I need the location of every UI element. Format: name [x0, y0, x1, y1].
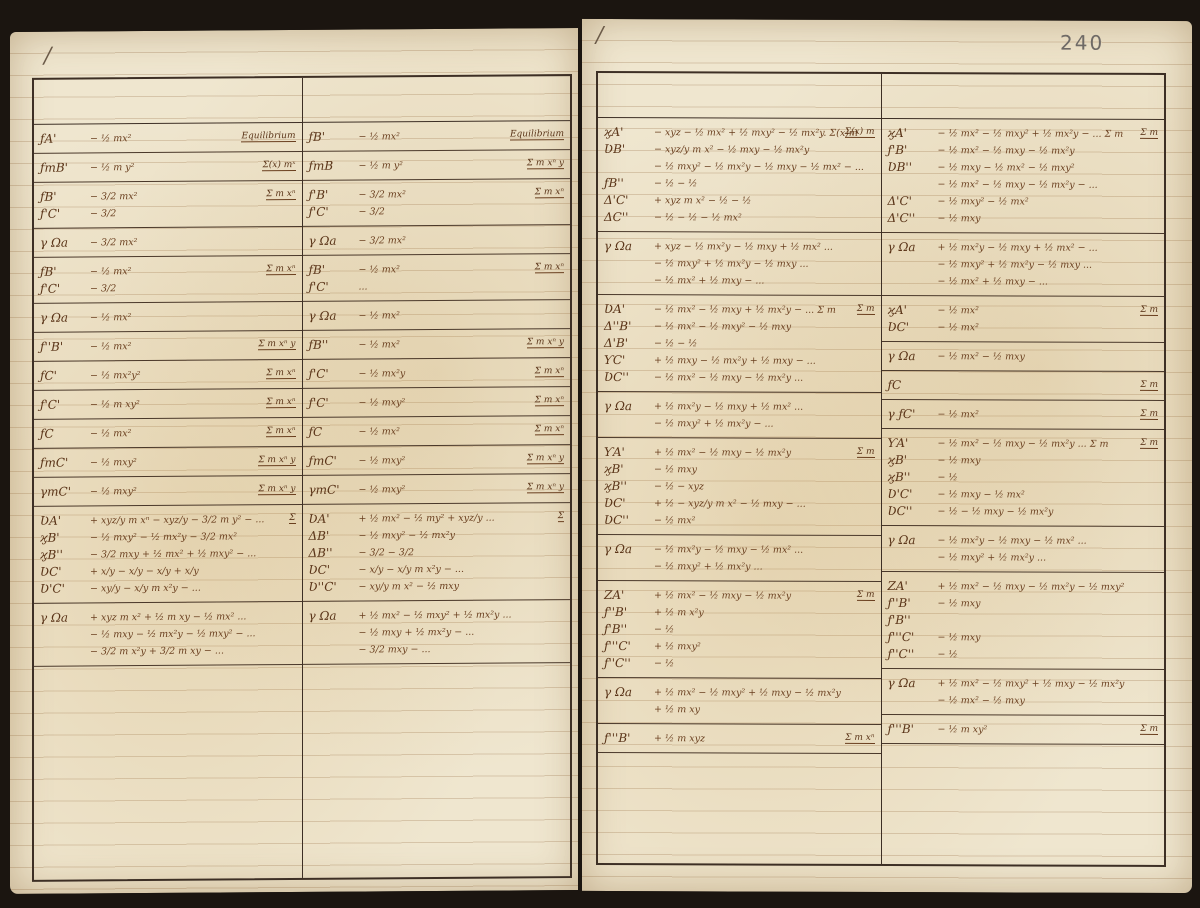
row-label: γ Ωa	[604, 541, 648, 558]
row-label: γ Ωa	[40, 609, 84, 626]
row-formula: + ½ mx²y − ½ mxy + ½ mx² − ... − ½ mxy² …	[932, 239, 1159, 291]
row-formula: − ½ mx²	[84, 308, 296, 326]
ledger-column: ϗA' ƒ'B' ƲB'' Δ'C' Δ'C''− ½ mx² − ½ mxy²…	[882, 74, 1165, 865]
row-formula: − ½ mx² − 3/2	[84, 262, 296, 297]
row-note: Σ m	[1140, 409, 1158, 420]
row-label: γ Ωa	[309, 308, 353, 325]
row-formula: + ½ m xyz	[648, 730, 875, 748]
row-note: Σ m xⁿ y	[258, 455, 295, 466]
row-note: Σ m xⁿ	[535, 187, 564, 198]
ledger-row: γ Ωa+ ½ mx² − ½ mxy² + ½ mx²y ... − ½ mx…	[303, 600, 571, 665]
ledger-row: γ Ωa− ½ mx²y − ½ mxy − ½ mx² ... − ½ mxy…	[598, 535, 881, 582]
row-label: γmC'	[40, 483, 84, 500]
row-note: Σ m	[857, 447, 875, 458]
row-label: ƒC'	[40, 367, 84, 384]
ledger-row: ƒC− ½ mx²Σ m xⁿ	[303, 416, 571, 447]
row-note: Σ m	[1140, 305, 1158, 316]
row-formula: + ½ mx²y − ½ mxy + ½ mx² ... − ½ mxy² + …	[648, 398, 875, 433]
row-note: Σ m xⁿ	[266, 397, 295, 408]
ledger-row: γmC'− ½ mxy²Σ m xⁿ y	[303, 474, 571, 505]
row-label: ƒC	[309, 424, 353, 441]
ledger-row: γ ƒC'− ½ mx²Σ m	[882, 400, 1165, 430]
row-label: γ Ωa	[888, 239, 932, 256]
margin-mark: /	[44, 44, 51, 69]
ledger-row: γmC'− ½ mxy²Σ m xⁿ y	[34, 476, 302, 507]
ledger-row: ƒmB− ½ m y²Σ m xⁿ y	[303, 150, 571, 181]
row-formula: + ½ mx² − ½ mxy² + ½ mxy − ½ mx²y + ½ m …	[648, 684, 875, 719]
row-formula: − ½ mx² − ½ mx²	[932, 302, 1159, 337]
row-note: Σ m xⁿ	[535, 262, 564, 273]
row-label: ƒ'''B'	[888, 721, 932, 738]
row-formula: + ½ mx² − ½ mxy − ½ mx²y + ½ m x²y − ½ +…	[648, 587, 875, 673]
ledger-row: ϗA' ƲB' ƒB'' Δ'C' ΔC''− xyz − ½ mx² + ½ …	[598, 118, 881, 233]
row-label: ZA' ƒ''B' ƒ'B'' ƒ'''C' ƒ''C''	[888, 578, 932, 663]
row-label: ƒB' ƒ'C'	[309, 262, 353, 296]
row-formula: − ½ mx²	[353, 306, 565, 324]
row-label: γ Ωa	[604, 684, 648, 701]
row-note: Σ m xⁿ	[266, 426, 295, 437]
row-formula: + ½ mx² − ½ mxy² + ½ mxy − ½ mx²y − ½ mx…	[932, 675, 1159, 710]
row-label: ƳA' ϗB' ϗB'' Ʋ'C' ƲC''	[888, 435, 932, 520]
row-label: ƒB''	[309, 337, 353, 354]
row-note: Σ	[289, 513, 295, 524]
row-formula: + ½ mx² − ½ mxy − ½ mx²y − ½ mxy² − ½ mx…	[932, 578, 1159, 664]
ledger-row: γ Ωa+ ½ mx²y − ½ mxy + ½ mx² ... − ½ mxy…	[598, 392, 881, 439]
ledger-row: γ Ωa+ xyz − ½ mx²y − ½ mxy + ½ mx² ... −…	[598, 232, 881, 296]
row-label: γ Ωa	[888, 675, 932, 692]
row-label: γ Ωa	[604, 398, 648, 415]
row-formula: − 3/2 mx² − 3/2	[353, 185, 565, 220]
row-note: Σ m	[1140, 438, 1158, 449]
ledger-row: γ Ωa+ ½ mx²y − ½ mxy + ½ mx² − ... − ½ m…	[882, 233, 1165, 297]
row-label: ZA' ƒ''B' ƒ'B'' ƒ'''C' ƒ''C''	[604, 587, 648, 672]
row-formula: + xyz m x² + ½ m xy − ½ mx² ... − ½ mxy …	[84, 608, 296, 660]
row-formula: − ½ mx²	[932, 406, 1159, 424]
ledger-row: γ Ωa− 3/2 mx²	[34, 227, 302, 258]
ledger-row: ƒ'C'− ½ mx²yΣ m xⁿ	[303, 358, 571, 389]
row-note: Σ(x) m	[845, 127, 875, 138]
row-note: Σ m	[857, 590, 875, 601]
row-label: ƒmB	[309, 158, 353, 175]
row-label: ƒA'	[40, 130, 84, 147]
ledger-row: γ Ωa+ ½ mx² − ½ mxy² + ½ mxy − ½ mx²y − …	[882, 669, 1165, 716]
ledger-row: γ Ωa− 3/2 mx²	[303, 225, 571, 256]
row-label: ϗA' ƲC'	[888, 302, 932, 336]
row-label: ƒB'	[309, 129, 353, 146]
row-label: ƒmB'	[40, 159, 84, 176]
row-label: ƒ'B' ƒ'C'	[309, 187, 353, 221]
column-header	[882, 74, 1165, 120]
row-formula: − ½ mx²y − ½ mxy − ½ mx² ... − ½ mxy² + …	[932, 532, 1159, 567]
ledger-row: γ Ωa+ xyz m x² + ½ m xy − ½ mx² ... − ½ …	[34, 602, 302, 667]
ledger-row: ƒB' ƒ'C'− ½ mx² − 3/2Σ m xⁿ	[34, 256, 302, 304]
row-formula: − ½ mx²y	[353, 364, 565, 382]
ledger-row: ƒA'− ½ mx²Equilibrium	[34, 123, 302, 154]
row-label: ƒ'''B'	[604, 730, 648, 747]
row-label: γ Ωa	[888, 348, 932, 365]
ledger-row: ƲA' ΔB' ΔB'' ƲC' Ʋ''C'+ ½ mx² − ½ my² + …	[303, 503, 571, 602]
row-formula: + ½ mx² − ½ mxy − ½ mx²y − ½ mxy − ½ − x…	[648, 444, 875, 530]
column-header	[598, 73, 881, 119]
row-formula: − ½ m xy²	[84, 395, 296, 413]
row-note: Σ m xⁿ	[535, 395, 564, 406]
ledger-row: ZA' ƒ''B' ƒ'B'' ƒ'''C' ƒ''C''+ ½ mx² − ½…	[598, 581, 881, 679]
row-formula: − 3/2 mx² − 3/2	[84, 187, 296, 222]
ledger-row: γ Ωa− ½ mx² − ½ mxy	[882, 342, 1165, 372]
row-formula: + xyz/y m xⁿ − xyz/y − 3/2 m y² − ... − …	[84, 511, 296, 597]
ledger-row: ƳA' ϗB' ϗB'' Ʋ'C' ƲC''− ½ mx² − ½ mxy − …	[882, 429, 1165, 527]
ledger-row: ƒ'''B'+ ½ m xyzΣ m xⁿ	[598, 724, 881, 754]
ledger-row: ƒ''B'− ½ mx²Σ m xⁿ y	[34, 331, 302, 362]
ledger-row: ƒB''− ½ mx²Σ m xⁿ y	[303, 329, 571, 360]
row-label: ƳA' ϗB' ϗB'' ƲC' ƲC''	[604, 444, 648, 529]
row-note: Σ m	[1140, 724, 1158, 735]
row-note: Σ m xⁿ	[266, 368, 295, 379]
row-formula: − ½ mxy²	[353, 393, 565, 411]
row-formula: − ½ mx²	[84, 424, 296, 442]
ledger-row: ƲA' ϗB' ϗB'' ƲC' Ʋ'C'+ xyz/y m xⁿ − xyz/…	[34, 505, 302, 604]
row-note: Σ m xⁿ y	[527, 158, 564, 169]
row-note: Σ m xⁿ y	[527, 337, 564, 348]
ledger-row: γ Ωa+ ½ mx² − ½ mxy² + ½ mxy − ½ mx²y + …	[598, 678, 881, 725]
row-note: Σ m xⁿ	[535, 366, 564, 377]
column-header	[303, 76, 571, 123]
row-label: ƒ'C'	[40, 396, 84, 413]
row-label: γ Ωa	[309, 233, 353, 250]
row-note: Σ m xⁿ y	[258, 484, 295, 495]
row-formula: − ½ mx² − ½ mxy	[932, 348, 1159, 366]
left-page: / ƒA'− ½ mx²EquilibriumƒmB'− ½ m y²Σ(x) …	[10, 28, 578, 894]
row-note: Σ m xⁿ y	[527, 453, 564, 464]
row-label: ƒB' ƒ'C'	[40, 263, 84, 297]
ledger-row: ϗA' ƲC'− ½ mx² − ½ mx²Σ m	[882, 296, 1165, 343]
ledger-row: ƲA' Δ''B' Δ'B' ƳC' ƲC''− ½ mx² − ½ mxy +…	[598, 295, 881, 393]
row-label: ƒC	[40, 425, 84, 442]
row-formula: + xyz − ½ mx²y − ½ mxy + ½ mx² ... − ½ m…	[648, 238, 875, 290]
row-note: Σ m xⁿ	[266, 264, 295, 275]
row-formula: − ½ mx²	[353, 422, 565, 440]
row-formula: − ½ mx²y − ½ mxy − ½ mx² ... − ½ mxy² + …	[648, 541, 875, 576]
row-label: ƲA' ϗB' ϗB'' ƲC' Ʋ'C'	[40, 512, 84, 597]
ledger-row: ƒB'− ½ mx²Equilibrium	[303, 121, 571, 152]
row-label: γ Ωa	[40, 309, 84, 326]
row-note: Equilibrium	[241, 131, 295, 142]
row-label: ƒ'C'	[309, 395, 353, 412]
row-label: γ Ωa	[309, 608, 353, 625]
row-formula: − 3/2 mx²	[84, 233, 296, 251]
row-label: ϗA' ƒ'B' ƲB'' Δ'C' Δ'C''	[888, 125, 932, 227]
right-page: / 240 ϗA' ƲB' ƒB'' Δ'C' ΔC''− xyz − ½ mx…	[582, 19, 1192, 893]
row-note: Σ m	[857, 304, 875, 315]
ledger-row: ƒC'− ½ mx²y²Σ m xⁿ	[34, 360, 302, 391]
row-label: ƒ''B'	[40, 338, 84, 355]
ledger-row: ƳA' ϗB' ϗB'' ƲC' ƲC''+ ½ mx² − ½ mxy − ½…	[598, 438, 881, 536]
ledger-row: γ Ωa− ½ mx²	[34, 302, 302, 333]
column-header	[34, 78, 302, 125]
row-formula: − ½ mx² − ½ mxy + ½ mx²y − ... Σ m − ½ m…	[648, 301, 875, 387]
ledger-row: γ Ωa− ½ mx²	[303, 300, 571, 331]
row-formula: − ½ mx² ...	[353, 260, 565, 295]
row-label: γ ƒC'	[888, 406, 932, 423]
row-formula: − ½ mx² − ½ mxy² + ½ mx²y − ... Σ m − ½ …	[932, 125, 1159, 228]
row-label: ƲA' ΔB' ΔB'' ƲC' Ʋ''C'	[309, 511, 353, 596]
ledger-row: ƒmC'− ½ mxy²Σ m xⁿ y	[34, 447, 302, 478]
row-formula: − ½ mx² − ½ mxy − ½ mx²y ... Σ m − ½ mxy…	[932, 435, 1159, 521]
ledger-row: ƒmC'− ½ mxy²Σ m xⁿ y	[303, 445, 571, 476]
ledger-row: ZA' ƒ''B' ƒ'B'' ƒ'''C' ƒ''C''+ ½ mx² − ½…	[882, 572, 1165, 670]
ledger-column: ƒB'− ½ mx²EquilibriumƒmB− ½ m y²Σ m xⁿ y…	[303, 76, 571, 878]
row-note: Σ m xⁿ	[535, 424, 564, 435]
ledger-column: ϗA' ƲB' ƒB'' Δ'C' ΔC''− xyz − ½ mx² + ½ …	[598, 73, 882, 864]
ledger-row: ƒCΣ m	[882, 371, 1165, 401]
row-note: Equilibrium	[510, 129, 564, 140]
page-number: 240	[1060, 31, 1104, 55]
margin-mark: /	[596, 23, 603, 48]
row-note: Σ m xⁿ	[845, 733, 874, 744]
ledger-table-left: ƒA'− ½ mx²EquilibriumƒmB'− ½ m y²Σ(x) mˣ…	[32, 74, 572, 882]
ledger-row: ƒmB'− ½ m y²Σ(x) mˣ	[34, 152, 302, 183]
row-note: Σ m	[1140, 380, 1158, 391]
row-label: ϗA' ƲB' ƒB'' Δ'C' ΔC''	[604, 124, 648, 226]
ledger-row: ƒ'C'− ½ m xy²Σ m xⁿ	[34, 389, 302, 420]
row-label: ƒB' ƒ'C'	[40, 188, 84, 222]
row-label: ƒmC'	[309, 453, 353, 470]
row-label: γ Ωa	[888, 532, 932, 549]
ledger-row: ƒB' ƒ'C'− 3/2 mx² − 3/2Σ m xⁿ	[34, 181, 302, 229]
row-formula: + ½ mx² − ½ mxy² + ½ mx²y ... − ½ mxy + …	[353, 606, 565, 658]
ledger-column: ƒA'− ½ mx²EquilibriumƒmB'− ½ m y²Σ(x) mˣ…	[34, 78, 303, 880]
row-formula: − 3/2 mx²	[353, 231, 565, 249]
ledger-row: ƒ'B' ƒ'C'− 3/2 mx² − 3/2Σ m xⁿ	[303, 179, 571, 227]
row-label: γ Ωa	[40, 234, 84, 251]
row-formula: − ½ mx²y²	[84, 366, 296, 384]
row-formula: − xyz − ½ mx² + ½ mxy² − ½ mx²y. Σ(x)m −…	[648, 124, 875, 227]
row-label: ƒmC'	[40, 454, 84, 471]
ledger-row: ƒC− ½ mx²Σ m xⁿ	[34, 418, 302, 449]
ledger-row: γ Ωa− ½ mx²y − ½ mxy − ½ mx² ... − ½ mxy…	[882, 526, 1165, 573]
ledger-row: ƒ'''B'− ½ m xy²Σ m	[882, 715, 1165, 745]
row-label: ƲA' Δ''B' Δ'B' ƳC' ƲC''	[604, 301, 648, 386]
row-formula: − ½ m xy²	[932, 721, 1159, 739]
row-label: ƒC	[888, 377, 932, 394]
row-note: Σ(x) mˣ	[262, 160, 295, 171]
row-label: γ Ωa	[604, 238, 648, 255]
row-note: Σ m xⁿ y	[527, 482, 564, 493]
row-label: γmC'	[309, 482, 353, 499]
ledger-table-right: ϗA' ƲB' ƒB'' Δ'C' ΔC''− xyz − ½ mx² + ½ …	[596, 71, 1166, 867]
row-note: Σ m xⁿ	[266, 189, 295, 200]
ledger-row: ƒB' ƒ'C'− ½ mx² ...Σ m xⁿ	[303, 254, 571, 302]
row-note: Σ m	[1140, 128, 1158, 139]
row-label: ƒ'C'	[309, 366, 353, 383]
ledger-row: ƒ'C'− ½ mxy²Σ m xⁿ	[303, 387, 571, 418]
row-formula	[932, 377, 1159, 378]
row-note: Σ	[558, 511, 564, 522]
row-note: Σ m xⁿ y	[258, 339, 295, 350]
row-formula: + ½ mx² − ½ my² + xyz/y ... − ½ mxy² − ½…	[353, 509, 565, 595]
ledger-row: ϗA' ƒ'B' ƲB'' Δ'C' Δ'C''− ½ mx² − ½ mxy²…	[882, 119, 1165, 234]
